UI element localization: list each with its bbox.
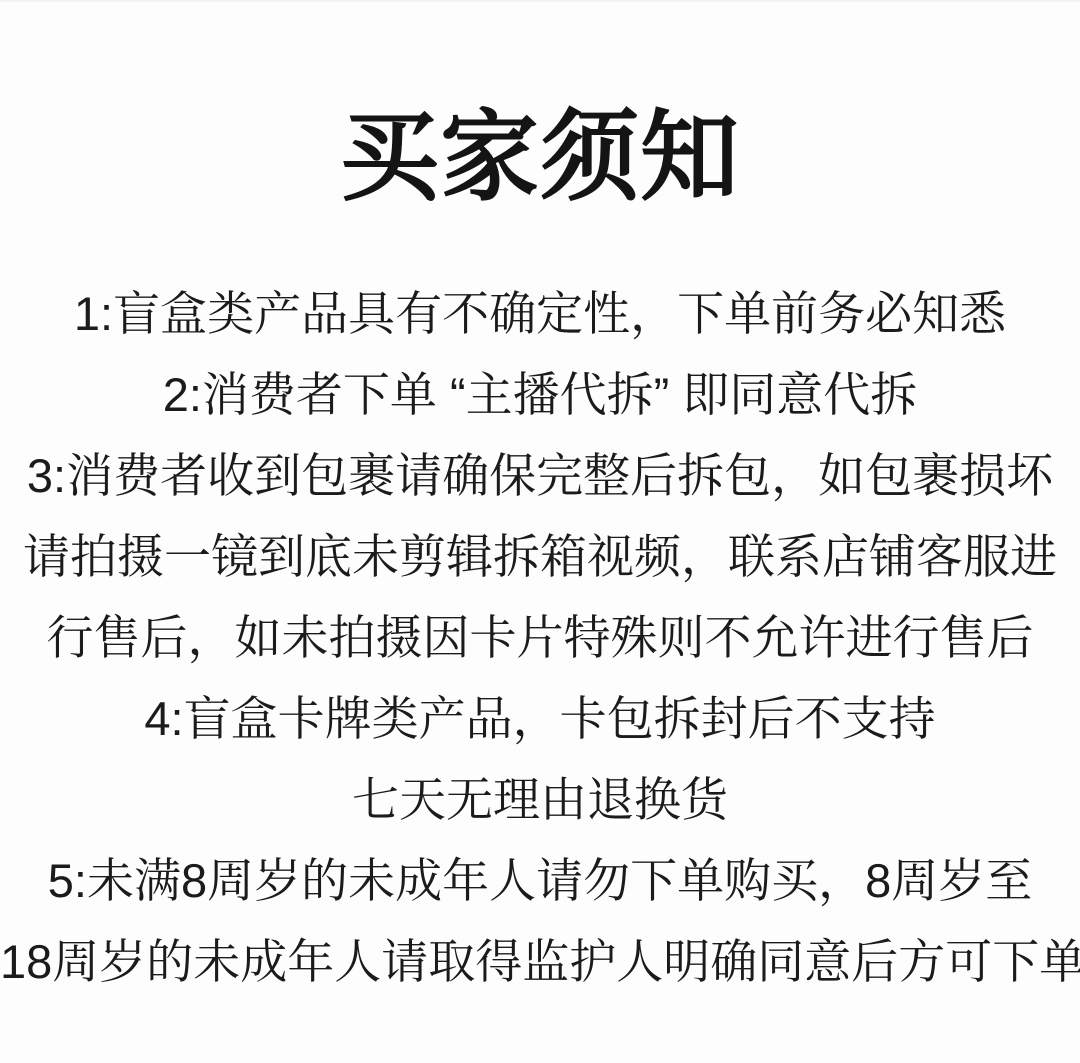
notice-line-3: 3:消费者收到包裹请确保完整后拆包，如包裹损坏 xyxy=(0,435,1080,516)
notice-line-9: 18周岁的未成年人请取得监护人明确同意后方可下单 xyxy=(0,921,1080,1002)
buyer-notice-page: 买家须知 1:盲盒类产品具有不确定性，下单前务必知悉 2:消费者下单 “主播代拆… xyxy=(0,0,1080,1063)
notice-body: 1:盲盒类产品具有不确定性，下单前务必知悉 2:消费者下单 “主播代拆” 即同意… xyxy=(0,273,1080,1002)
notice-line-6: 4:盲盒卡牌类产品，卡包拆封后不支持 xyxy=(0,678,1080,759)
notice-line-8: 5:未满8周岁的未成年人请勿下单购买，8周岁至 xyxy=(0,840,1080,921)
notice-line-1: 1:盲盒类产品具有不确定性，下单前务必知悉 xyxy=(0,273,1080,354)
notice-line-4: 请拍摄一镜到底未剪辑拆箱视频，联系店铺客服进 xyxy=(0,516,1080,597)
page-title: 买家须知 xyxy=(340,100,740,215)
notice-line-7: 七天无理由退换货 xyxy=(0,759,1080,840)
notice-line-5: 行售后，如未拍摄因卡片特殊则不允许进行售后 xyxy=(0,597,1080,678)
notice-line-2: 2:消费者下单 “主播代拆” 即同意代拆 xyxy=(0,354,1080,435)
